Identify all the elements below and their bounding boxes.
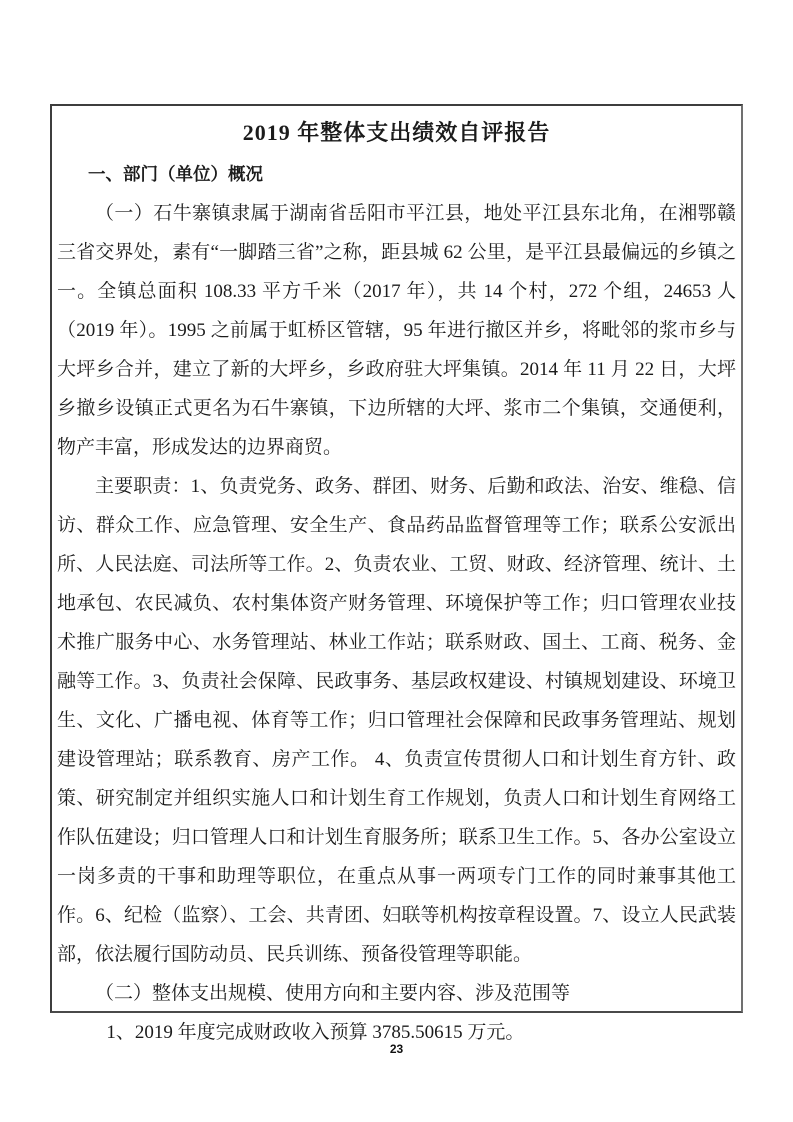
paragraph-main-duties: 主要职责：1、负责党务、政务、群团、财务、后勤和政法、治安、维稳、信访、群众工作… <box>57 467 736 974</box>
paragraph-town-overview: （一）石牛寨镇隶属于湖南省岳阳市平江县，地处平江县东北角，在湘鄂赣三省交界处，素… <box>57 194 736 467</box>
subsection-heading-expenditure-scope: （二）整体支出规模、使用方向和主要内容、涉及范围等 <box>57 974 736 1013</box>
document-title: 2019 年整体支出绩效自评报告 <box>57 111 736 155</box>
document-page: 2019 年整体支出绩效自评报告 一、部门（单位）概况 （一）石牛寨镇隶属于湖南… <box>0 0 793 1122</box>
section-heading-department-overview: 一、部门（单位）概况 <box>57 155 736 194</box>
document-border-frame: 2019 年整体支出绩效自评报告 一、部门（单位）概况 （一）石牛寨镇隶属于湖南… <box>50 104 743 1013</box>
page-number: 23 <box>0 1042 793 1056</box>
